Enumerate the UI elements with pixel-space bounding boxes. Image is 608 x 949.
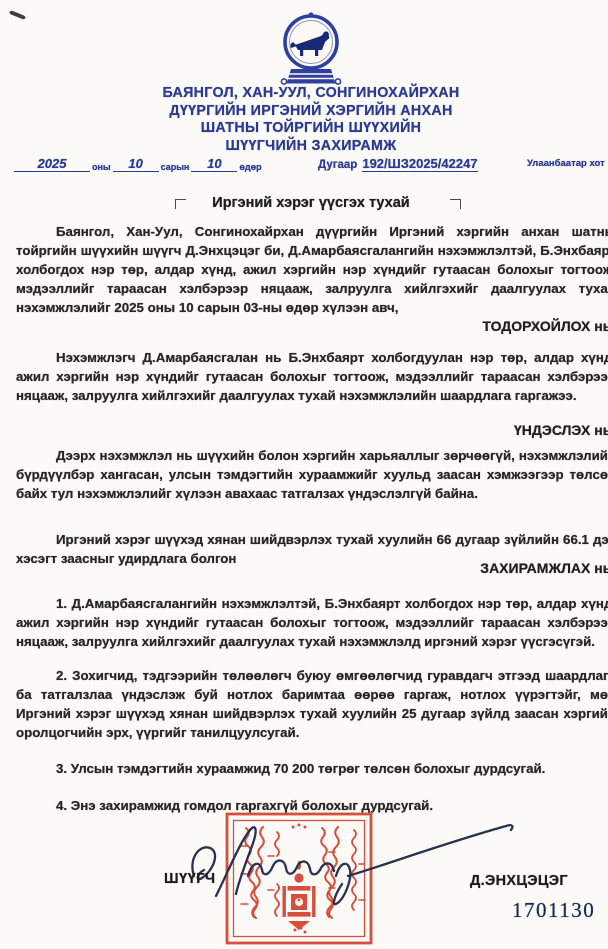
court-name-line: ДҮҮРГИЙН ИРГЭНИЙ ХЭРГИЙН АНХАН [0, 103, 608, 121]
judge-label: ШҮҮГЧ [164, 871, 216, 887]
order-item: 3. Улсын тэмдэгтийн хураамжид 70 200 төг… [16, 759, 608, 778]
document-title-row: Иргэний хэрэг үүсгэх тухай [0, 195, 608, 211]
day-blank: 10 [191, 156, 237, 172]
mongolia-state-emblem-icon [271, 12, 351, 88]
document-number: Дугаар192/ШЗ2025/42247 [318, 156, 478, 171]
day-value: 10 [207, 156, 221, 171]
year-label: оны [92, 162, 111, 172]
court-name: БАЯНГОЛ, ХАН-УУЛ, СОНГИНОХАЙРХАН ДҮҮРГИЙ… [0, 85, 608, 155]
corner-bracket-left [175, 199, 186, 209]
document-number-label: Дугаар [318, 159, 357, 171]
section-header-determine: ТОДОРХОЙЛОХ нь: [16, 318, 608, 334]
order-item: 1. Д.Амарбаясгалангийн нэхэмжлэлтэй, Б.Э… [16, 594, 608, 651]
city-label: Улаанбаатар хот [527, 158, 605, 169]
section-header-order: ЗАХИРАМЖЛАХ нь: [16, 560, 608, 576]
section-header-basis: ҮНДЭСЛЭХ нь: [16, 422, 608, 438]
judge-signature [176, 814, 518, 912]
court-name-line: БАЯНГОЛ, ХАН-УУЛ, СОНГИНОХАЙРХАН [0, 85, 608, 103]
month-blank: 10 [113, 156, 159, 172]
determine-paragraph: Нэхэмжлэгч Д.Амарбаясгалан нь Б.Энхбаярт… [16, 348, 608, 405]
corner-bracket-right [450, 199, 461, 209]
intro-paragraph: Баянгол, Хан-Уул, Сонгинохайрхан дүүргий… [16, 222, 608, 317]
year-value: 2025 [38, 156, 67, 171]
document-number-value: 192/ШЗ2025/42247 [362, 156, 477, 172]
month-value: 10 [128, 156, 142, 171]
day-label: өдөр [239, 162, 261, 172]
judge-name: Д.ЭНХЦЭЦЭГ [470, 873, 568, 889]
footer-number: 1701130 [512, 898, 595, 923]
court-order-document: БАЯНГОЛ, ХАН-УУЛ, СОНГИНОХАЙРХАН ДҮҮРГИЙ… [0, 0, 608, 949]
basis-paragraph: Дээрх нэхэмжлэл нь шүүхийн болон хэргийн… [16, 446, 608, 503]
year-blank: 2025 [14, 156, 90, 172]
pen-mark [9, 10, 26, 20]
court-name-line: ШАТНЫ ТОЙРГИЙН ШҮҮХИЙН [0, 120, 608, 138]
month-label: сарын [161, 162, 190, 172]
date-line: 2025оны10сарын10өдөр Дугаар192/ШЗ2025/42… [0, 156, 608, 180]
document-title: Иргэний хэрэг үүсгэх тухай [212, 195, 409, 211]
court-name-line: ШҮҮГЧИЙН ЗАХИРАМЖ [0, 138, 608, 156]
order-item: 2. Зохигчид, тэдгээрийн төлөөлөгч буюу ө… [16, 666, 608, 742]
date-fields: 2025оны10сарын10өдөр [14, 156, 264, 172]
